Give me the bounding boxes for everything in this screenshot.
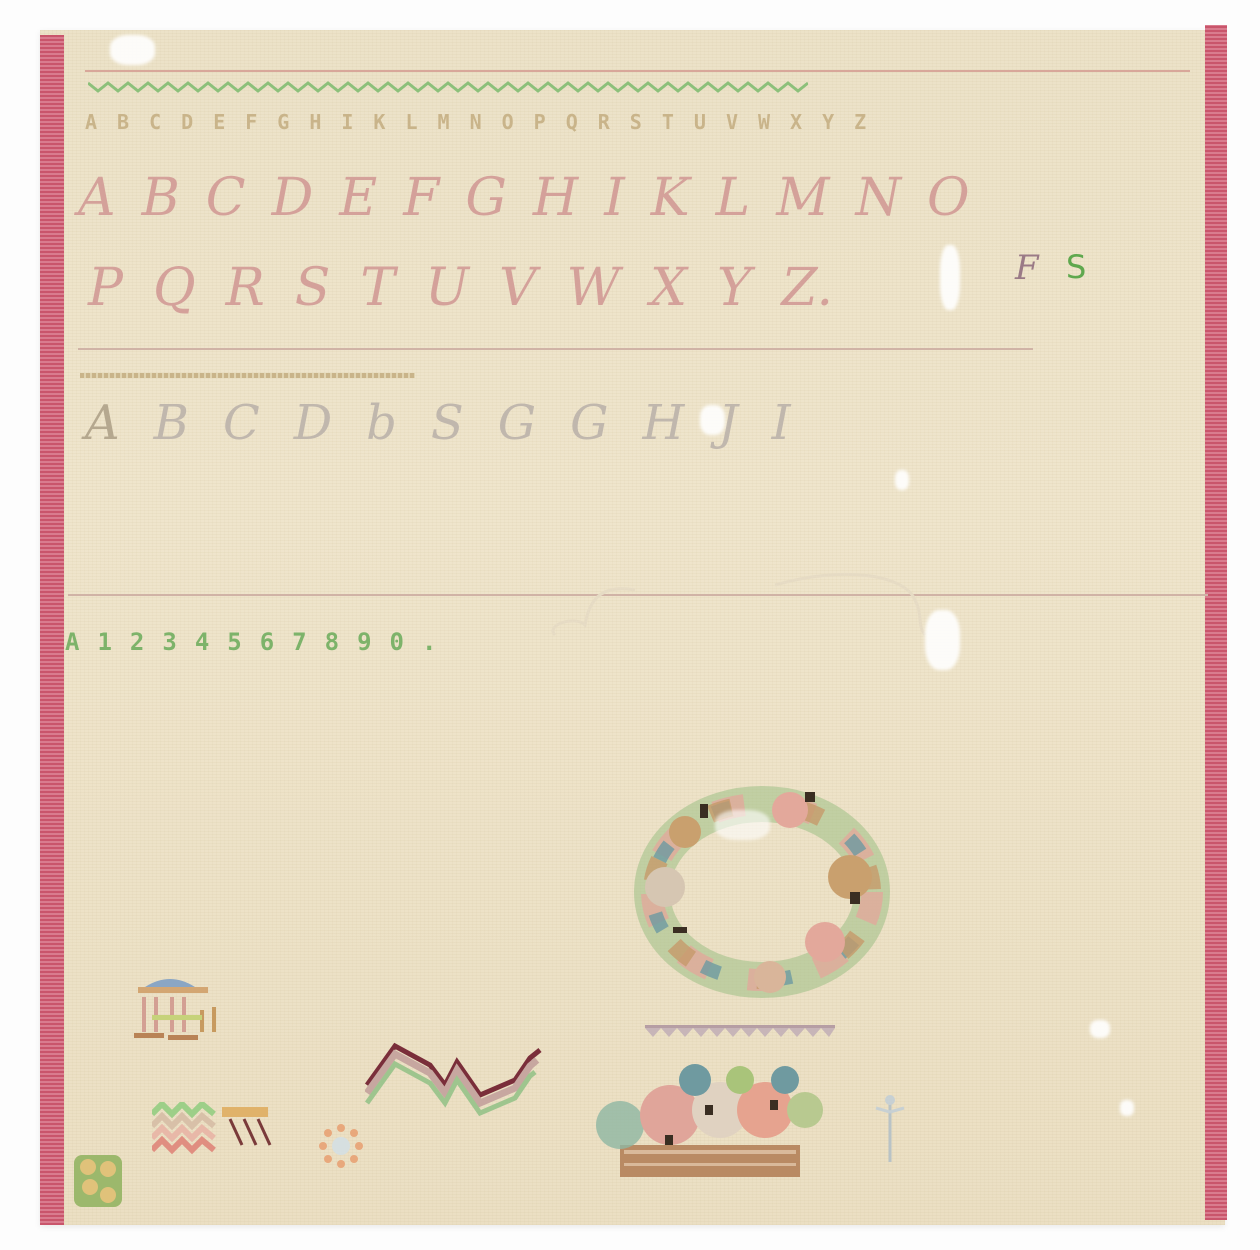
letter: b [366,395,397,451]
letter: E [339,168,377,228]
letter: W [758,110,771,134]
loose-thread [545,555,945,645]
letter: O [502,110,515,134]
letter: G [277,110,290,134]
sprig-motif [870,1090,910,1165]
numeral: 9 [357,628,371,656]
letter: L [716,168,751,228]
script-alphabet-line-1: A B C D E F G H I K L M N O [78,168,970,228]
corner-swatch-motif [74,1155,124,1210]
letter: G [570,395,608,451]
green-zigzag-border [88,80,808,94]
letter: R [226,258,265,318]
letter: H [642,395,684,451]
letter: K [651,168,690,228]
wave-band-motif [365,1040,545,1120]
fabric-hole [715,810,770,840]
numeral: A [65,628,79,656]
letter: A [78,168,116,228]
letter: U [694,110,707,134]
letter: T [360,258,395,318]
numerals-row: A 1 2 3 4 5 6 7 8 9 0 . [65,628,436,656]
letter: W [567,258,620,318]
letter: Z [854,110,867,134]
letter: V [499,258,537,318]
numeral: 7 [292,628,306,656]
numeral: 0 [390,628,404,656]
letter: X [650,258,687,318]
pavilion-motif [130,975,225,1050]
numeral: 1 [97,628,111,656]
letter: D [181,110,194,134]
letter: P [88,258,123,318]
left-selvage-edge [40,35,64,1225]
letter: B [142,168,180,228]
letter: U [425,258,469,318]
letter: V [726,110,739,134]
letter: F [403,168,439,228]
letter: M [776,168,829,228]
letter: A [85,395,120,451]
flower-basket-motif [580,1055,840,1180]
letter: D [272,168,314,228]
letter: R [598,110,611,134]
letter: H [309,110,322,134]
letter: Y [822,110,835,134]
letter: S [630,110,643,134]
letter: G [498,395,536,451]
letter: G [465,168,507,228]
numeral: . [422,628,436,656]
letter: L [405,110,418,134]
fabric-hole [895,470,909,490]
letter: N [855,168,901,228]
letter: B [154,395,189,451]
letter: M [438,110,451,134]
letter: H [533,168,578,228]
fabric-hole [110,35,155,65]
letter: A [85,110,98,134]
letter: S [295,258,331,318]
letter: S [431,395,464,451]
top-rule [85,70,1190,72]
letter: E [213,110,226,134]
star-flower-motif [315,1122,367,1170]
letter: Z. [781,258,833,318]
letter: Y [717,258,751,318]
mid-rule-1b [80,373,415,378]
mid-rule-1 [78,348,1033,350]
fabric-hole [940,245,960,310]
numeral: 5 [227,628,241,656]
letter: Q [566,110,579,134]
letter: C [206,168,246,228]
fabric-hole [925,610,960,670]
letter: D [294,395,332,451]
initial-f: F [1015,248,1039,288]
faint-script-row: A B C D b S G G H J I [85,395,791,451]
letter: O [927,168,970,228]
letter: N [470,110,483,134]
letter: C [223,395,260,451]
letter: T [662,110,675,134]
letter: B [117,110,130,134]
numeral: 3 [162,628,176,656]
comb-motif [220,1105,280,1155]
numeral: 2 [130,628,144,656]
letter: I [604,168,625,228]
letter: C [149,110,162,134]
letter: X [790,110,803,134]
initial-s: S [1066,248,1086,286]
right-selvage-edge [1205,25,1227,1220]
scalloped-border [645,1025,835,1039]
block-alphabet-row: A B C D E F G H I K L M N O P Q R S T U … [85,110,867,134]
fabric-hole [1120,1100,1134,1116]
fabric-hole [1090,1020,1110,1038]
letter: Q [153,258,196,318]
zigzag-block-motif [152,1102,217,1162]
letter: P [534,110,547,134]
script-alphabet-line-2: P Q R S T U V W X Y Z. [88,258,833,318]
fabric-hole [700,405,725,435]
numeral: 6 [260,628,274,656]
letter: I [772,395,791,451]
letter: I [341,110,354,134]
letter: F [245,110,258,134]
numeral: 4 [195,628,209,656]
numeral: 8 [325,628,339,656]
letter: K [373,110,386,134]
